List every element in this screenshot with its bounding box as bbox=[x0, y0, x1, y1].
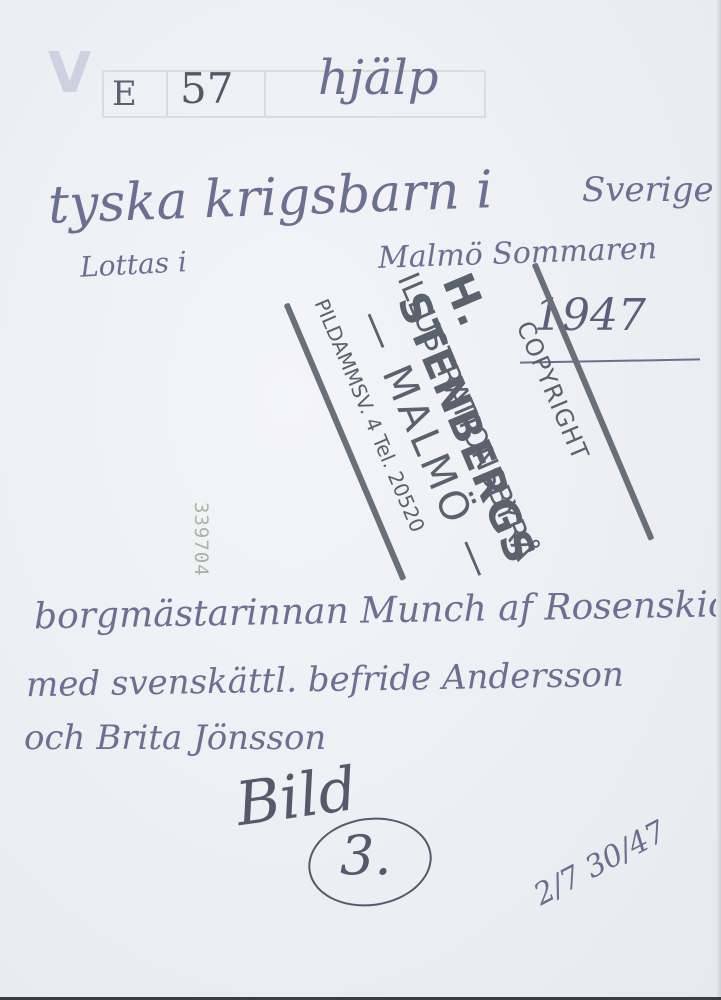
date-note: 2/7 30/47 bbox=[528, 814, 672, 913]
photo-back: V E 57 hjälp tyska krigsbarn i Sverige L… bbox=[0, 0, 721, 997]
reference-number: 57 bbox=[180, 64, 233, 113]
reference-word: hjälp bbox=[318, 50, 439, 106]
reference-series: E bbox=[112, 74, 137, 114]
caption-line-1: borgmästarinnan Munch af Rosenskiöld bbox=[34, 584, 721, 638]
heading-line-2-left: Lottas i bbox=[79, 245, 187, 284]
paper-edge-right bbox=[716, 0, 721, 1000]
bild-number: 3. bbox=[340, 824, 392, 887]
caption-line-3: och Brita Jönsson bbox=[24, 718, 326, 758]
heading-line-1-end: Sverige bbox=[582, 170, 714, 210]
caption-line-2: med svenskättl. befride Andersson bbox=[26, 655, 624, 705]
heading-line-1: tyska krigsbarn i bbox=[47, 160, 494, 235]
copyright-stamp: COPYRIGHT H. STENBERGS ILLUSTRATIONSBYRÅ… bbox=[284, 207, 655, 636]
archive-number: 339704 bbox=[190, 502, 212, 577]
v-mark: V bbox=[48, 46, 91, 102]
